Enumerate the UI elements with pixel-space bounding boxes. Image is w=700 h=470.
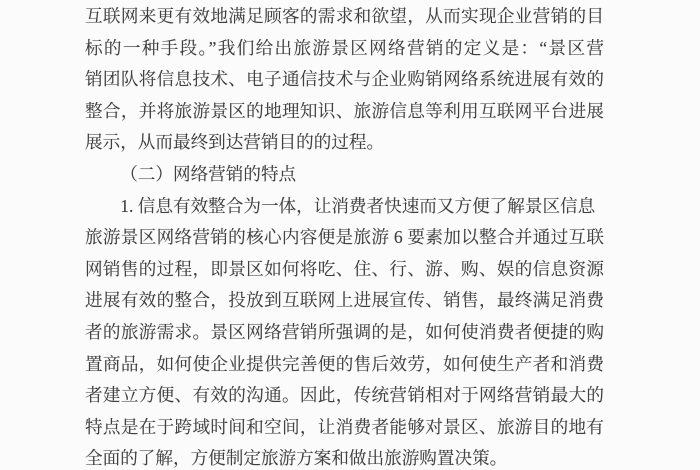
text-line: 进展有效的整合，投放到互联网上进展宣传、销售，最终满足消费: [85, 285, 604, 317]
text-line: 网销售的过程，即景区如何将吃、住、行、游、购、娱的信息资源: [85, 254, 604, 286]
text-line: 整合，并将旅游景区的地理知识、旅游信息等利用互联网平台进展: [85, 96, 604, 128]
text-line: 全面的了解，方便制定旅游方案和做出旅游购置决策。: [85, 443, 604, 470]
text-line: 置商品，如何使企业提供完善便的售后效劳，如何使生产者和消费: [85, 349, 604, 381]
text-line: 1. 信息有效整合为一体，让消费者快速而又方便了解景区信息: [85, 191, 604, 223]
text-line: 者建立方便、有效的沟通。因此，传统营销相对于网络营销最大的: [85, 380, 604, 412]
text-column: 互联网来更有效地满足顾客的需求和欲望，从而实现企业营销的目 标的一种手段。”我们…: [85, 1, 604, 470]
document-page: 互联网来更有效地满足顾客的需求和欲望，从而实现企业营销的目 标的一种手段。”我们…: [0, 0, 700, 470]
text-line: 旅游景区网络营销的核心内容便是旅游 6 要素加以整合并通过互联: [85, 222, 604, 254]
paragraph-heading: （二）网络营销的特点: [85, 159, 604, 191]
text-line: 销团队将信息技术、电子通信技术与企业购销网络系统进展有效的: [85, 64, 604, 96]
text-line: 标的一种手段。”我们给出旅游景区网络营销的定义是：“景区营: [85, 33, 604, 65]
text-line: 特点是在于跨域时间和空间，让消费者能够对景区、旅游目的地有: [85, 412, 604, 444]
section-heading: （二）网络营销的特点: [85, 159, 604, 191]
paragraph-definition: 互联网来更有效地满足顾客的需求和欲望，从而实现企业营销的目 标的一种手段。”我们…: [85, 1, 604, 159]
text-line: 展示，从而最终到达营销目的的过程。: [85, 127, 604, 159]
text-line: 者的旅游需求。景区网络营销所强调的是，如何使消费者便捷的购: [85, 317, 604, 349]
paragraph-features: 1. 信息有效整合为一体，让消费者快速而又方便了解景区信息 旅游景区网络营销的核…: [85, 191, 604, 470]
text-line: 互联网来更有效地满足顾客的需求和欲望，从而实现企业营销的目: [85, 1, 604, 33]
